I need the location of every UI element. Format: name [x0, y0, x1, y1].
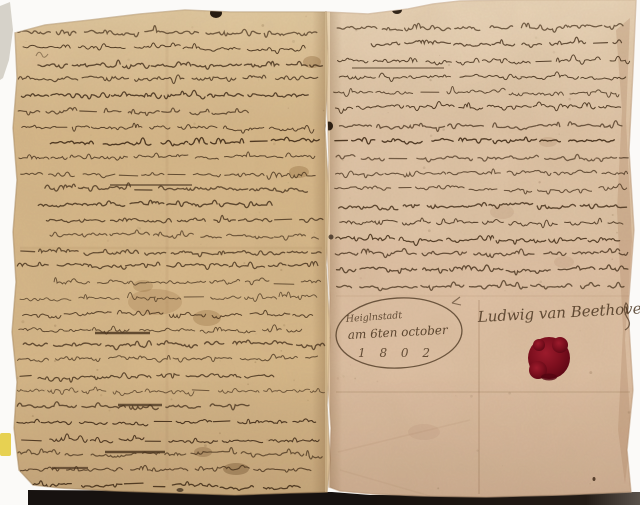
- date-note-line3: 1 8 0 2: [358, 346, 435, 360]
- manuscript-canvas: Heiglnstadt am 6ten october 1 8 0 2 Ludw…: [0, 0, 640, 505]
- manuscript-photograph: Heiglnstadt am 6ten october 1 8 0 2 Ludw…: [0, 0, 640, 505]
- tape-fragment: [0, 433, 11, 456]
- paper-texture-and-writing: [0, 0, 640, 505]
